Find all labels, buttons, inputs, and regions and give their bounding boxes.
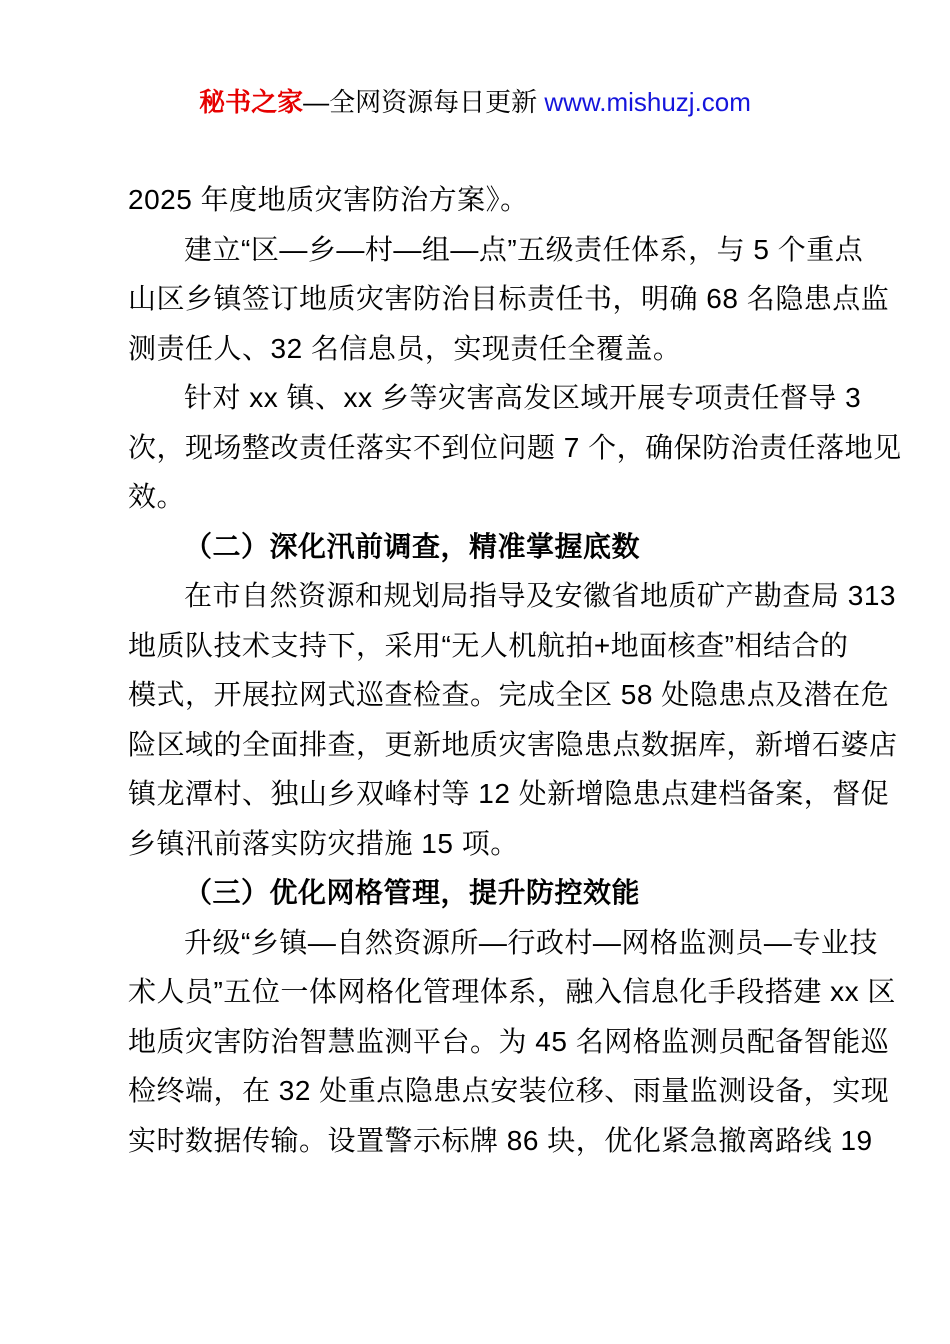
text-line: 测责任人、32 名信息员，实现责任全覆盖。 [128, 324, 823, 374]
heading-line: （三）优化网格管理，提升防控效能 [128, 868, 823, 918]
paragraph: 在市自然资源和规划局指导及安徽省地质矿产勘查局 313地质队技术支持下，采用“无… [128, 571, 823, 868]
text-line: 实时数据传输。设置警示标牌 86 块，优化紧急撤离路线 19 [128, 1116, 823, 1166]
site-tagline: —全网资源每日更新 [303, 87, 544, 117]
site-url-link[interactable]: www.mishuzj.com [544, 87, 751, 117]
paragraph: 升级“乡镇—自然资源所—行政村—网格监测员—专业技术人员”五位一体网格化管理体系… [128, 918, 823, 1166]
heading-line: （二）深化汛前调查，精准掌握底数 [128, 522, 823, 572]
document-page: 秘书之家—全网资源每日更新 www.mishuzj.com 2025 年度地质灾… [0, 0, 950, 1344]
text-line: 在市自然资源和规划局指导及安徽省地质矿产勘查局 313 [128, 571, 823, 621]
text-line: 2025 年度地质灾害防治方案》。 [128, 175, 823, 225]
paragraph: 建立“区—乡—村—组—点”五级责任体系，与 5 个重点山区乡镇签订地质灾害防治目… [128, 225, 823, 374]
text-line: 地质队技术支持下，采用“无人机航拍+地面核查”相结合的 [128, 621, 823, 671]
text-line: 模式，开展拉网式巡查检查。完成全区 58 处隐患点及潜在危 [128, 670, 823, 720]
section-heading: （三）优化网格管理，提升防控效能 [128, 868, 823, 918]
document-body: 2025 年度地质灾害防治方案》。建立“区—乡—村—组—点”五级责任体系，与 5… [128, 175, 823, 1165]
paragraph: 针对 xx 镇、xx 乡等灾害高发区域开展专项责任督导 3次，现场整改责任落实不… [128, 373, 823, 522]
page-header: 秘书之家—全网资源每日更新 www.mishuzj.com [0, 84, 950, 120]
paragraph: 2025 年度地质灾害防治方案》。 [128, 175, 823, 225]
text-line: 镇龙潭村、独山乡双峰村等 12 处新增隐患点建档备案，督促 [128, 769, 823, 819]
text-line: 次，现场整改责任落实不到位问题 7 个，确保防治责任落地见 [128, 423, 823, 473]
text-line: 术人员”五位一体网格化管理体系，融入信息化手段搭建 xx 区 [128, 967, 823, 1017]
text-line: 效。 [128, 472, 823, 522]
text-line: 山区乡镇签订地质灾害防治目标责任书，明确 68 名隐患点监 [128, 274, 823, 324]
text-line: 针对 xx 镇、xx 乡等灾害高发区域开展专项责任督导 3 [128, 373, 823, 423]
text-line: 建立“区—乡—村—组—点”五级责任体系，与 5 个重点 [128, 225, 823, 275]
section-heading: （二）深化汛前调查，精准掌握底数 [128, 522, 823, 572]
text-line: 险区域的全面排查，更新地质灾害隐患点数据库，新增石婆店 [128, 720, 823, 770]
text-line: 检终端，在 32 处重点隐患点安装位移、雨量监测设备，实现 [128, 1066, 823, 1116]
text-line: 乡镇汛前落实防灾措施 15 项。 [128, 819, 823, 869]
text-line: 升级“乡镇—自然资源所—行政村—网格监测员—专业技 [128, 918, 823, 968]
site-brand: 秘书之家 [199, 87, 303, 117]
text-line: 地质灾害防治智慧监测平台。为 45 名网格监测员配备智能巡 [128, 1017, 823, 1067]
